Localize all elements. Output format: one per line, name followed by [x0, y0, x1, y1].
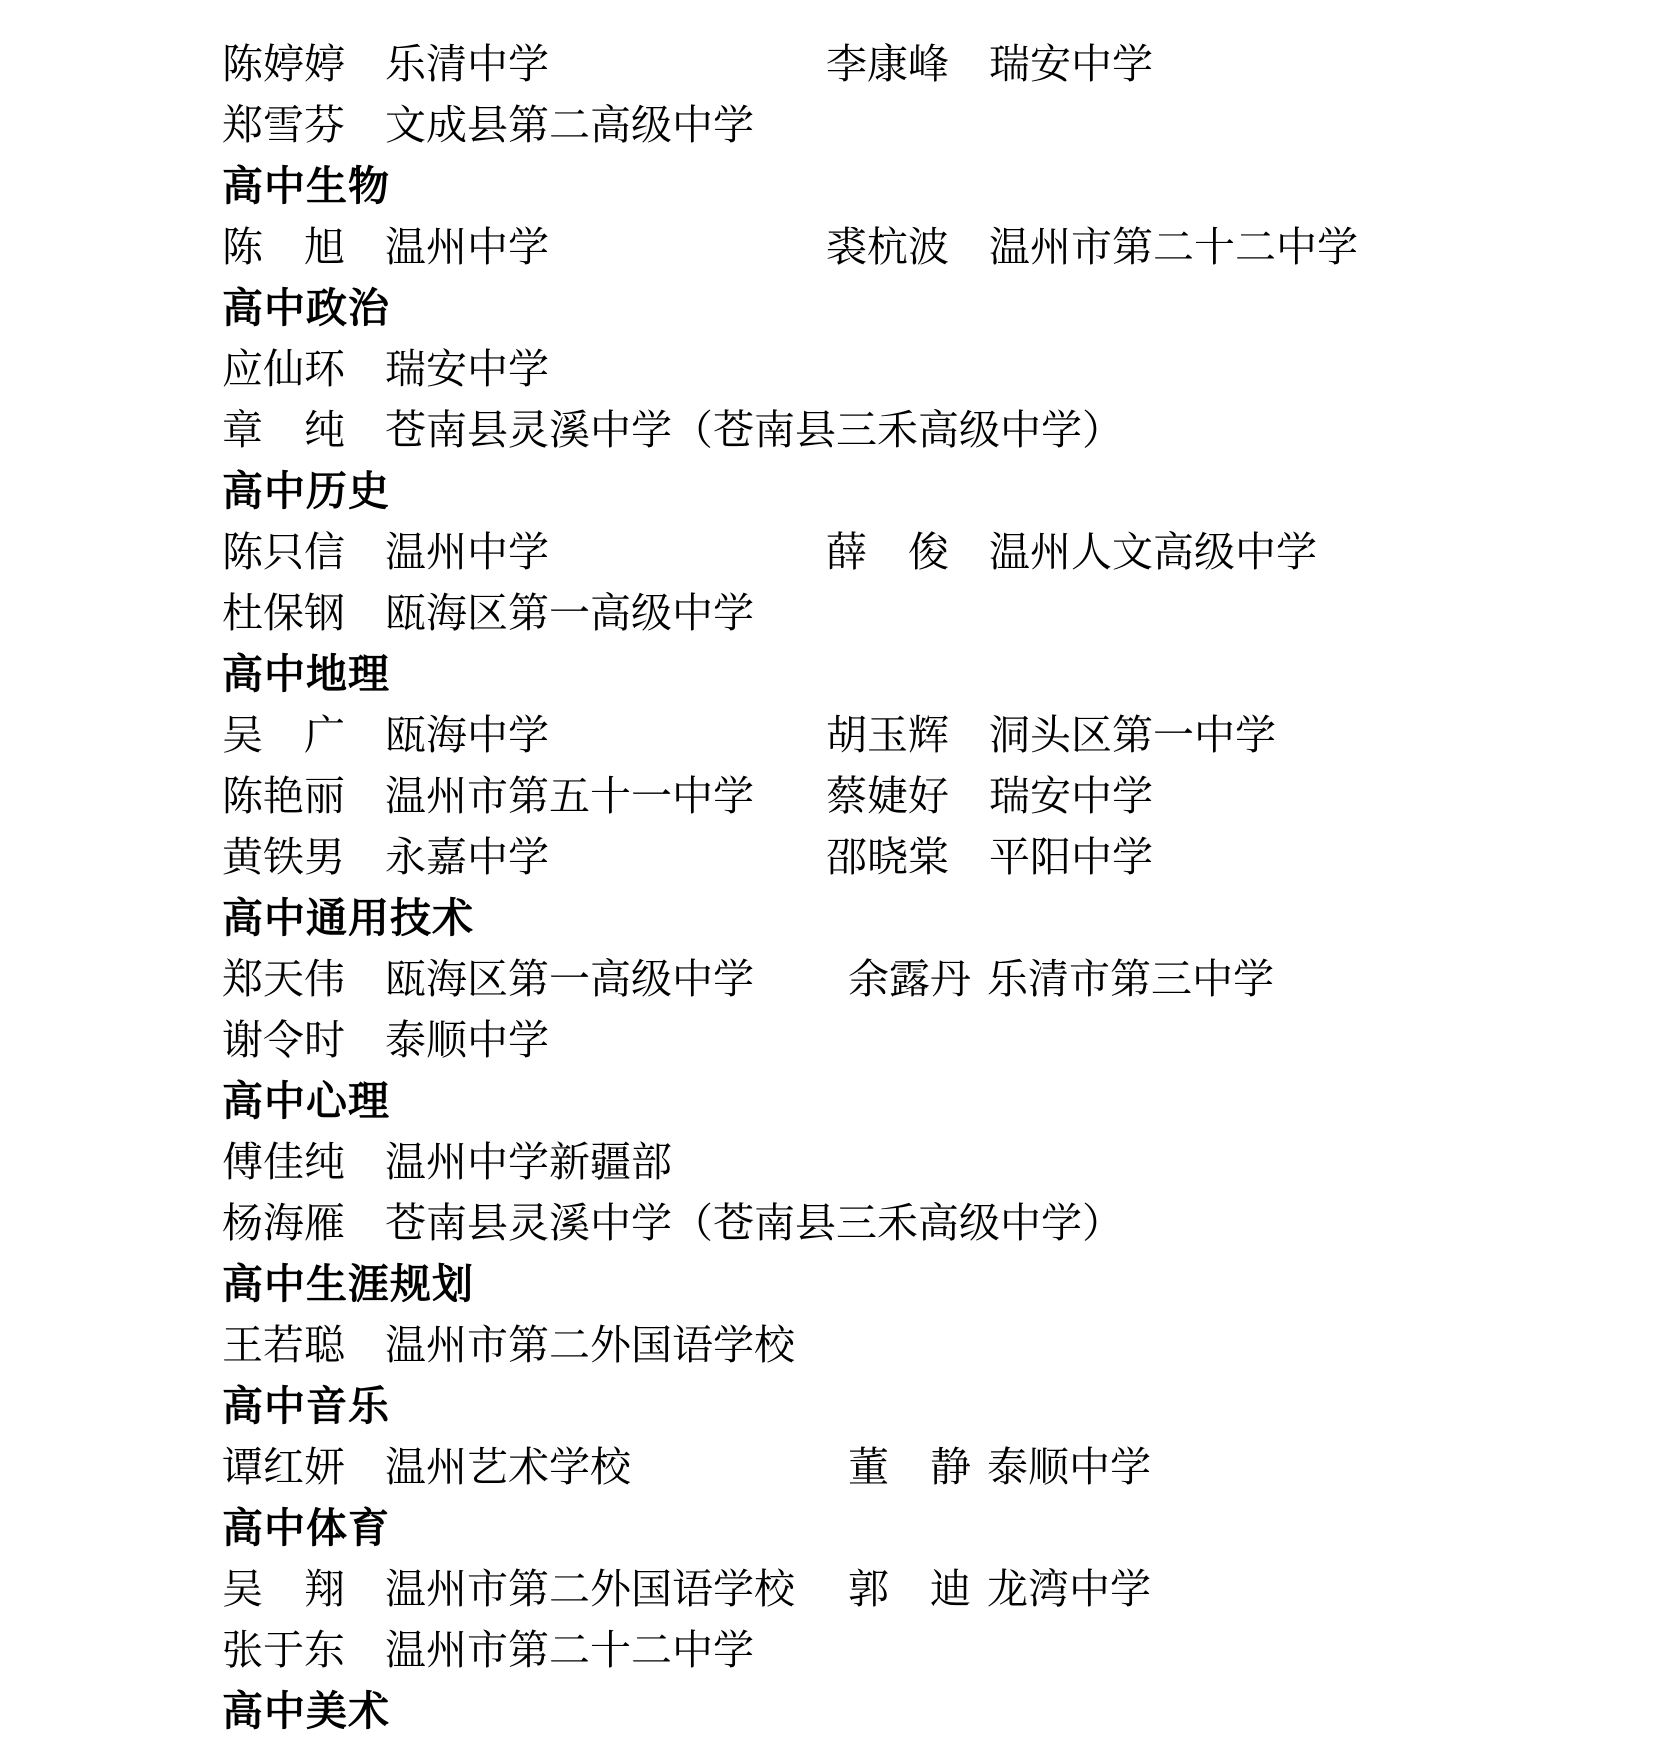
teacher-name: 黄铁男: [222, 834, 345, 880]
teacher-name: 胡玉辉: [826, 712, 949, 758]
teacher-name: 薛 俊: [826, 529, 949, 575]
entry-left: 张于东温州市第二十二中学: [222, 1620, 754, 1681]
teacher-name: 王若聪: [222, 1322, 345, 1368]
section-heading-biology: 高中生物: [0, 156, 1654, 217]
list-row: 张于东温州市第二十二中学: [0, 1620, 1654, 1681]
list-row: 吴 广瓯海中学 胡玉辉洞头区第一中学: [0, 705, 1654, 766]
school-name: 瑞安中学: [989, 773, 1153, 819]
school-name: 温州人文高级中学: [989, 529, 1317, 575]
list-row: 黄铁男永嘉中学 邵晓棠平阳中学: [0, 827, 1654, 888]
list-row: 陈艳丽温州市第五十一中学 蔡婕好瑞安中学: [0, 766, 1654, 827]
teacher-name: 谭红妍: [222, 1444, 345, 1490]
document-page: 陈婷婷乐清中学 李康峰瑞安中学 郑雪芬文成县第二高级中学 高中生物 陈 旭温州中…: [0, 0, 1654, 1764]
entry-left: 章 纯苍南县灵溪中学（苍南县三禾高级中学）: [222, 400, 1123, 461]
entry-left: 王若聪温州市第二外国语学校: [222, 1315, 795, 1376]
teacher-name: 郭 迪: [848, 1566, 971, 1612]
entry-right: 董 静泰顺中学: [848, 1437, 1151, 1498]
school-name: 瑞安中学: [989, 41, 1153, 87]
teacher-name: 陈艳丽: [222, 773, 345, 819]
list-row: 陈只信温州中学 薛 俊温州人文高级中学: [0, 522, 1654, 583]
teacher-name: 邵晓棠: [826, 834, 949, 880]
entry-left: 陈只信温州中学: [222, 522, 549, 583]
teacher-name: 郑天伟: [222, 956, 345, 1002]
entry-left: 吴 广瓯海中学: [222, 705, 549, 766]
entry-right: 余露丹乐清市第三中学: [848, 949, 1274, 1010]
entry-left: 傅佳纯温州中学新疆部: [222, 1132, 672, 1193]
section-heading-politics: 高中政治: [0, 278, 1654, 339]
list-row: 谭红妍温州艺术学校 董 静泰顺中学: [0, 1437, 1654, 1498]
entry-left: 陈 旭温州中学: [222, 217, 549, 278]
list-row: 傅佳纯温州中学新疆部: [0, 1132, 1654, 1193]
list-row: 杨海雁苍南县灵溪中学（苍南县三禾高级中学）: [0, 1193, 1654, 1254]
section-heading-geography: 高中地理: [0, 644, 1654, 705]
teacher-name: 陈只信: [222, 529, 345, 575]
entry-left: 黄铁男永嘉中学: [222, 827, 549, 888]
school-name: 温州市第二外国语学校: [385, 1566, 795, 1612]
teacher-name: 余露丹: [848, 956, 971, 1002]
teacher-name: 吴 广: [222, 712, 345, 758]
entry-left: 陈艳丽温州市第五十一中学: [222, 766, 754, 827]
section-heading-psychology: 高中心理: [0, 1071, 1654, 1132]
school-name: 温州艺术学校: [385, 1444, 631, 1490]
list-row: 郑天伟瓯海区第一高级中学 余露丹乐清市第三中学: [0, 949, 1654, 1010]
teacher-name: 李康峰: [826, 41, 949, 87]
school-name: 瑞安中学: [385, 346, 549, 392]
section-heading-physical-education: 高中体育: [0, 1498, 1654, 1559]
entry-left: 吴 翔温州市第二外国语学校: [222, 1559, 795, 1620]
entry-right: 郭 迪龙湾中学: [848, 1559, 1151, 1620]
entry-left: 郑天伟瓯海区第一高级中学: [222, 949, 754, 1010]
list-row: 章 纯苍南县灵溪中学（苍南县三禾高级中学）: [0, 400, 1654, 461]
school-name: 乐清市第三中学: [987, 956, 1274, 1002]
teacher-name: 杨海雁: [222, 1200, 345, 1246]
teacher-name: 裘杭波: [826, 224, 949, 270]
school-name: 龙湾中学: [987, 1566, 1151, 1612]
school-name: 温州中学新疆部: [385, 1139, 672, 1185]
teacher-name: 应仙环: [222, 346, 345, 392]
school-name: 温州市第二十二中学: [385, 1627, 754, 1673]
section-heading-career-planning: 高中生涯规划: [0, 1254, 1654, 1315]
school-name: 泰顺中学: [987, 1444, 1151, 1490]
entry-left: 郑雪芬文成县第二高级中学: [222, 95, 754, 156]
list-row: 杜保钢瓯海区第一高级中学: [0, 583, 1654, 644]
teacher-name: 郑雪芬: [222, 102, 345, 148]
teacher-name: 傅佳纯: [222, 1139, 345, 1185]
teacher-name: 吴 翔: [222, 1566, 345, 1612]
entry-right: 邵晓棠平阳中学: [826, 827, 1153, 888]
section-heading-general-technology: 高中通用技术: [0, 888, 1654, 949]
section-heading-fine-arts: 高中美术: [0, 1681, 1654, 1742]
teacher-name: 谢令时: [222, 1017, 345, 1063]
entry-left: 谭红妍温州艺术学校: [222, 1437, 631, 1498]
entry-left: 应仙环瑞安中学: [222, 339, 549, 400]
entry-left: 杜保钢瓯海区第一高级中学: [222, 583, 754, 644]
teacher-name: 章 纯: [222, 407, 345, 453]
school-name: 平阳中学: [989, 834, 1153, 880]
school-name: 瓯海区第一高级中学: [385, 590, 754, 636]
school-name: 洞头区第一中学: [989, 712, 1276, 758]
school-name: 温州中学: [385, 224, 549, 270]
entry-right: 胡玉辉洞头区第一中学: [826, 705, 1276, 766]
section-heading-history: 高中历史: [0, 461, 1654, 522]
teacher-name: 陈 旭: [222, 224, 345, 270]
list-row: 应仙环瑞安中学: [0, 339, 1654, 400]
school-name: 苍南县灵溪中学（苍南县三禾高级中学）: [385, 1200, 1123, 1246]
school-name: 泰顺中学: [385, 1017, 549, 1063]
list-row: 郑雪芬文成县第二高级中学: [0, 95, 1654, 156]
teacher-name: 陈婷婷: [222, 41, 345, 87]
entry-right: 李康峰瑞安中学: [826, 34, 1153, 95]
teacher-name: 蔡婕好: [826, 773, 949, 819]
school-name: 瓯海区第一高级中学: [385, 956, 754, 1002]
entry-right: 薛 俊温州人文高级中学: [826, 522, 1317, 583]
school-name: 温州市第二外国语学校: [385, 1322, 795, 1368]
school-name: 瓯海中学: [385, 712, 549, 758]
list-row: 吴 翔温州市第二外国语学校 郭 迪龙湾中学: [0, 1559, 1654, 1620]
list-row: 谢令时泰顺中学: [0, 1010, 1654, 1071]
entry-left: 陈婷婷乐清中学: [222, 34, 549, 95]
entry-right: 蔡婕好瑞安中学: [826, 766, 1153, 827]
teacher-name: 董 静: [848, 1444, 971, 1490]
school-name: 温州市第二十二中学: [989, 224, 1358, 270]
school-name: 温州中学: [385, 529, 549, 575]
section-heading-music: 高中音乐: [0, 1376, 1654, 1437]
list-row: 王若聪温州市第二外国语学校: [0, 1315, 1654, 1376]
school-name: 乐清中学: [385, 41, 549, 87]
teacher-name: 杜保钢: [222, 590, 345, 636]
teacher-name: 张于东: [222, 1627, 345, 1673]
list-row: 陈 旭温州中学 裘杭波温州市第二十二中学: [0, 217, 1654, 278]
entry-right: 裘杭波温州市第二十二中学: [826, 217, 1358, 278]
entry-left: 杨海雁苍南县灵溪中学（苍南县三禾高级中学）: [222, 1193, 1123, 1254]
list-row: 陈婷婷乐清中学 李康峰瑞安中学: [0, 34, 1654, 95]
school-name: 文成县第二高级中学: [385, 102, 754, 148]
entry-left: 谢令时泰顺中学: [222, 1010, 549, 1071]
school-name: 温州市第五十一中学: [385, 773, 754, 819]
school-name: 苍南县灵溪中学（苍南县三禾高级中学）: [385, 407, 1123, 453]
school-name: 永嘉中学: [385, 834, 549, 880]
